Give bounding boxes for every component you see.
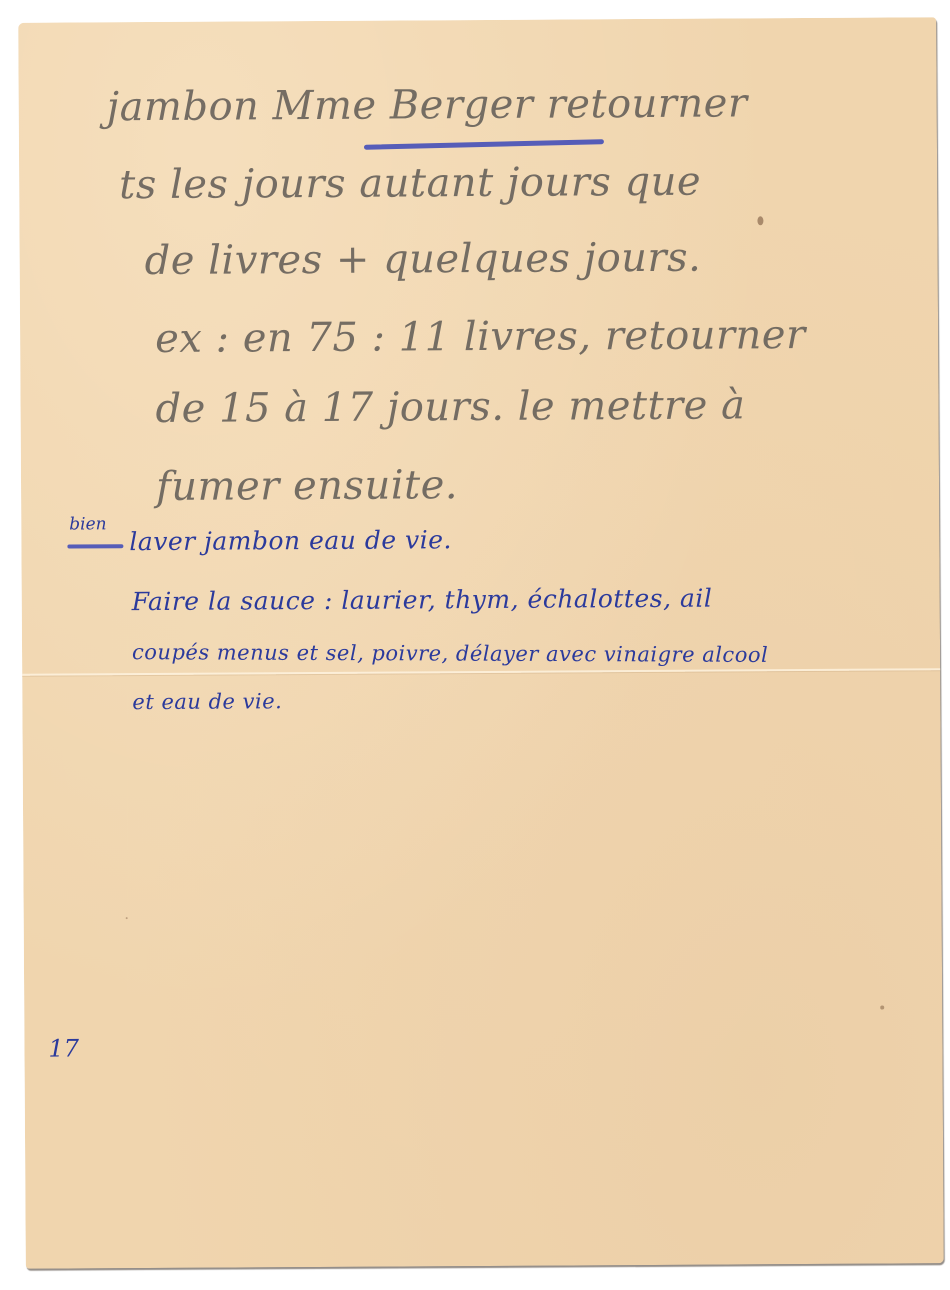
margin-underline-mark: [67, 544, 123, 548]
ink-line-4: et eau de vie.: [132, 689, 282, 714]
pencil-line-3: de livres + quelques jours.: [145, 235, 702, 284]
pencil-line-2: ts les jours autant jours que: [119, 159, 701, 209]
pencil-line-5: de 15 à 17 jours. le mettre à: [155, 382, 745, 432]
pencil-line-4: ex : en 75 : 11 livres, retourner: [155, 312, 806, 362]
stain-spot: [880, 1006, 884, 1010]
margin-note-bien: bien: [69, 514, 106, 534]
page-number: 17: [48, 1034, 79, 1062]
stain-spot: [757, 216, 763, 225]
ink-line-1: laver jambon eau de vie.: [129, 525, 452, 556]
ink-line-2: Faire la sauce : laurier, thym, échalott…: [132, 584, 713, 617]
name-underline-scribble: [364, 139, 604, 150]
handwritten-page: jambon Mme Berger retourner ts les jours…: [18, 17, 944, 1269]
paper-fold-crease: [22, 668, 940, 676]
ink-line-3: coupés menus et sel, poivre, délayer ave…: [132, 640, 768, 667]
stain-spot: [126, 917, 128, 919]
pencil-line-1: jambon Mme Berger retourner: [107, 80, 748, 130]
pencil-line-6: fumer ensuite.: [156, 462, 458, 510]
